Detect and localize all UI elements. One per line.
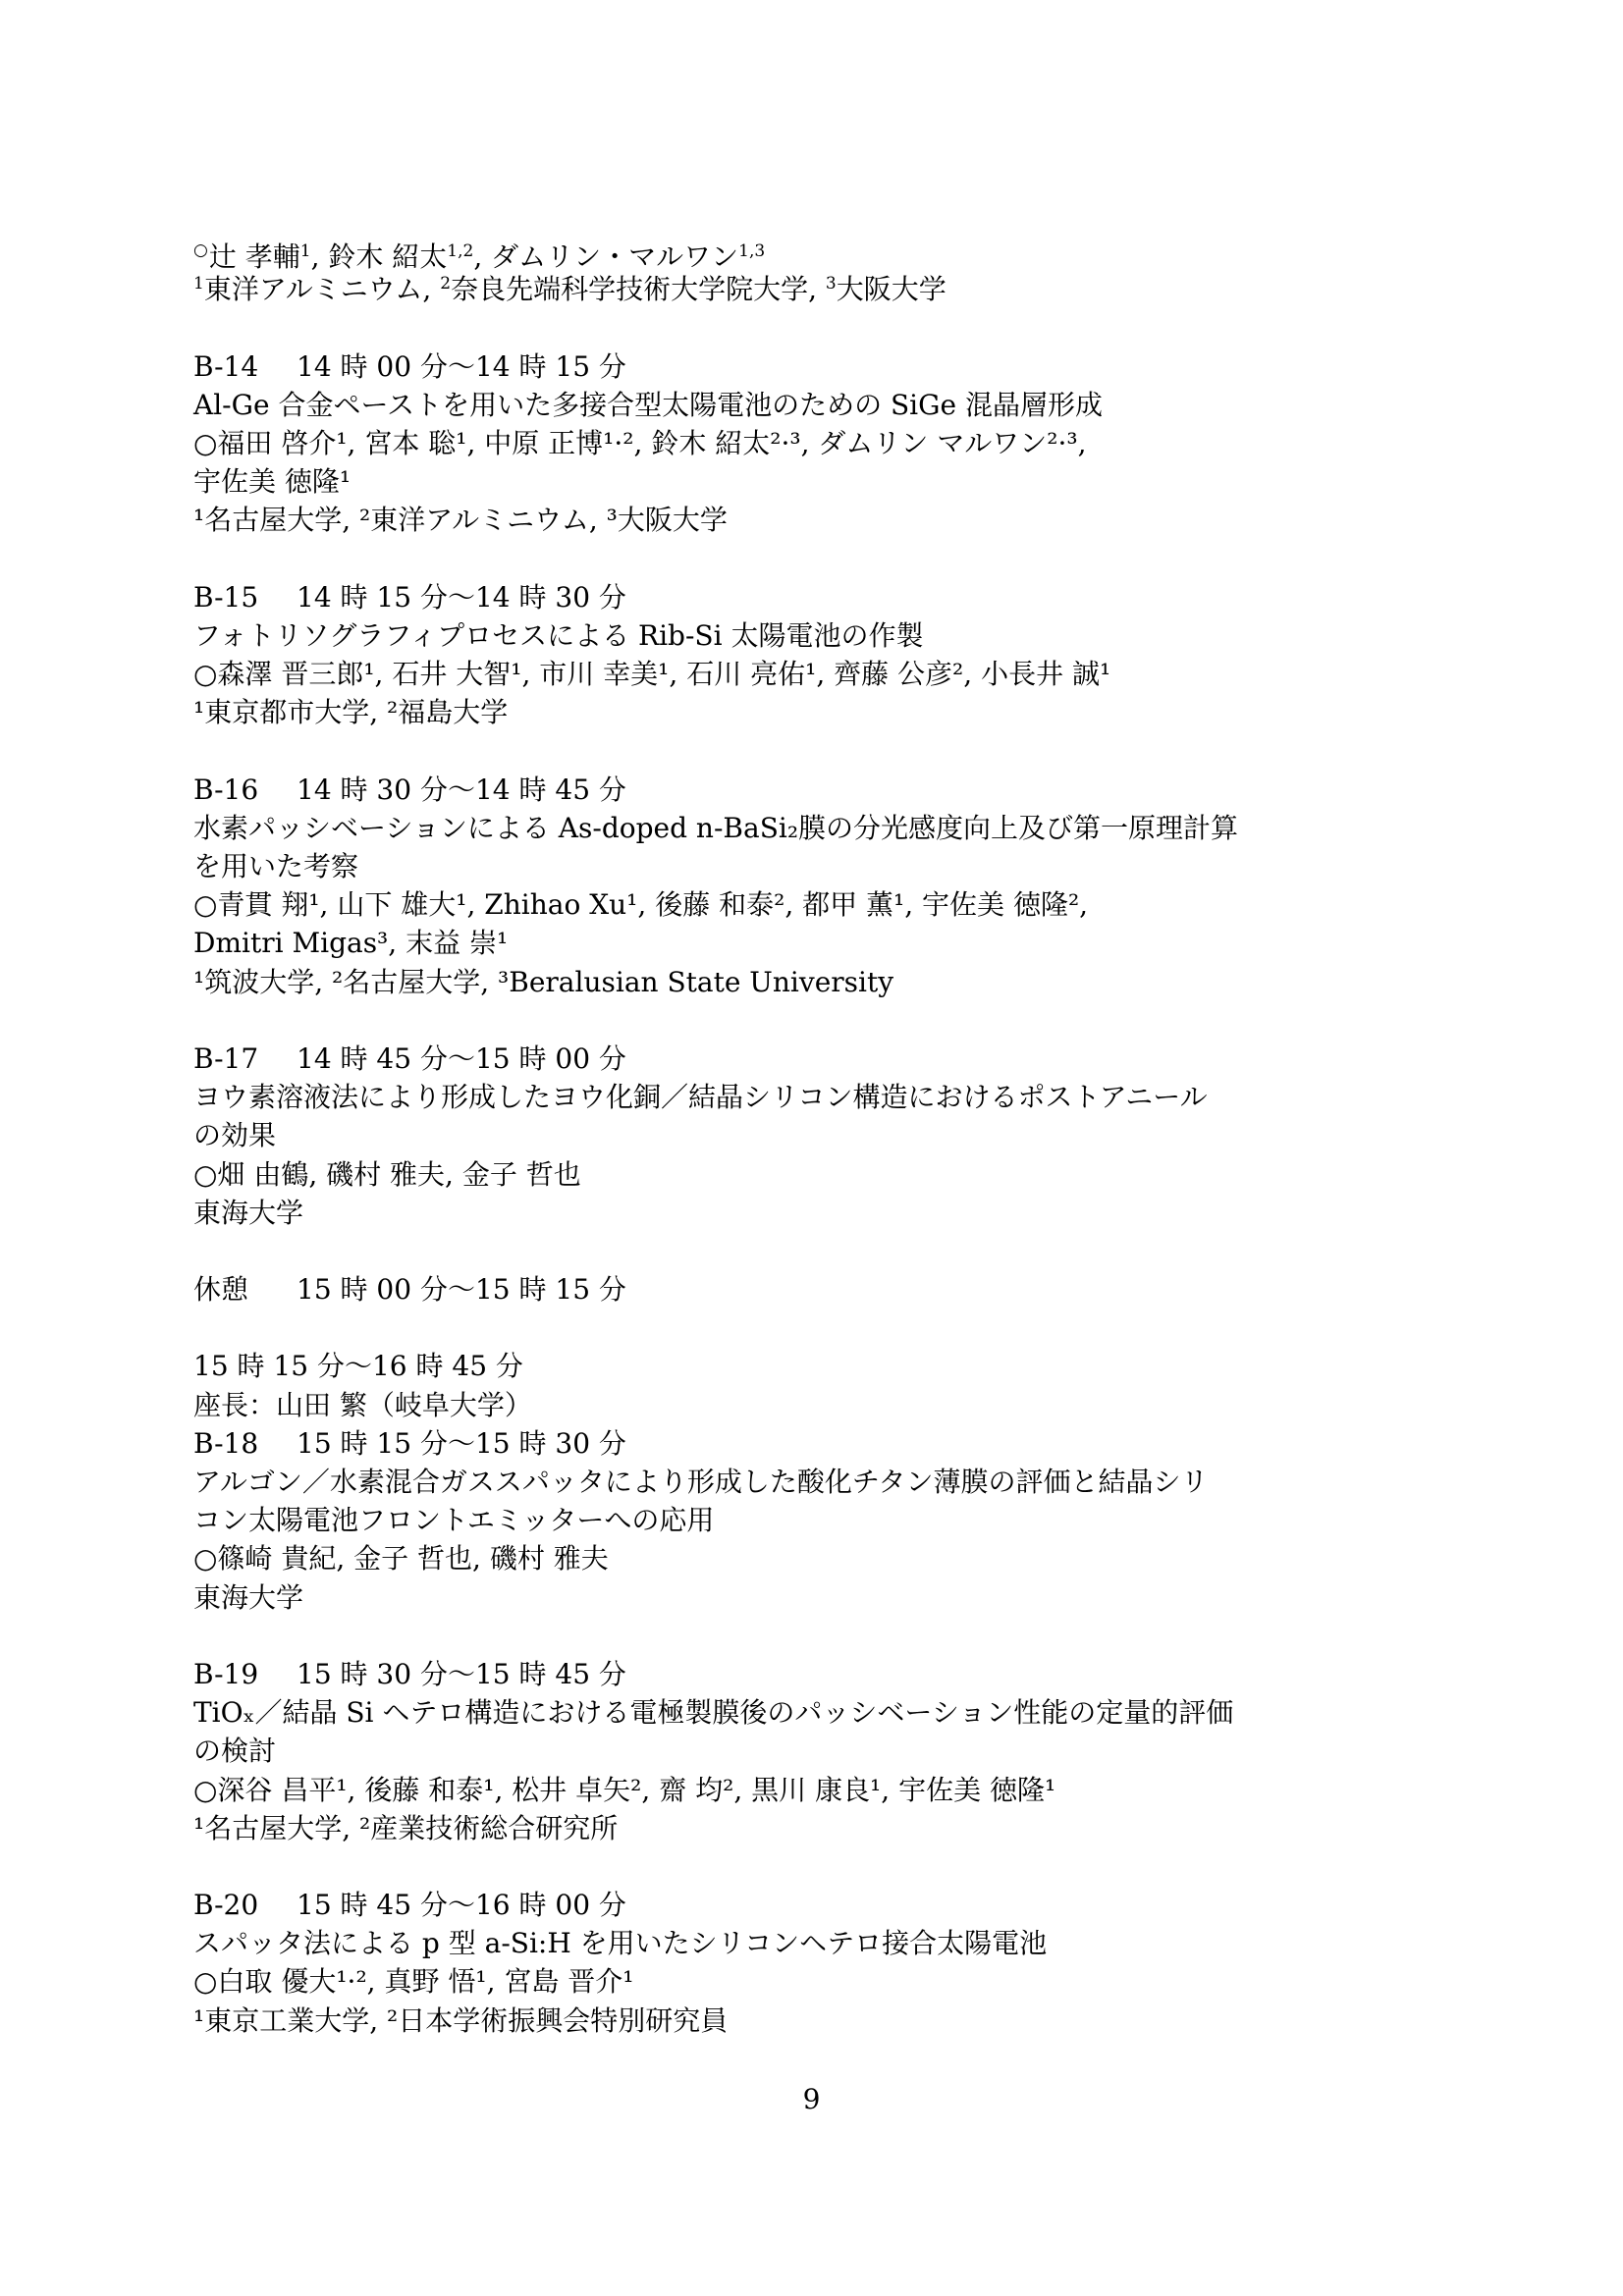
talk-entry: B-1414 時 00 分～14 時 15 分 Al-Ge 合金ペーストを用いた…	[193, 347, 1431, 540]
talk-entry: B-1915 時 30 分～15 時 45 分 TiOₓ／結晶 Si ヘテロ構造…	[193, 1655, 1431, 1847]
page-number: 9	[0, 2083, 1623, 2115]
talk-code: B-14	[193, 347, 297, 386]
talk-entry: B-2015 時 45 分～16 時 00 分 スパッタ法による p 型 a-S…	[193, 1886, 1431, 2040]
talk-title: の効果	[193, 1116, 1431, 1154]
talk-time: 15 時 15 分～15 時 30 分	[297, 1427, 626, 1460]
talk-affiliation: 東海大学	[193, 1194, 1431, 1232]
talk-header: B-1714 時 45 分～15 時 00 分	[193, 1040, 1431, 1078]
talk-code: B-20	[193, 1886, 297, 1924]
talk-affiliation: ¹東京都市大学, ²福島大学	[193, 693, 1431, 731]
spacer	[193, 540, 1431, 578]
break-time: 15 時 00 分～15 時 15 分	[297, 1273, 626, 1306]
talk-code: B-18	[193, 1424, 297, 1463]
spacer	[193, 1001, 1431, 1040]
talk-title: スパッタ法による p 型 a-Si:H を用いたシリコンヘテロ接合太陽電池	[193, 1924, 1431, 1962]
break-label: 休憩	[193, 1270, 297, 1308]
talk-authors: ○畑 由鶴, 磯村 雅夫, 金子 哲也	[193, 1155, 1431, 1194]
spacer	[193, 1308, 1431, 1347]
session-time: 15 時 15 分～16 時 45 分	[193, 1347, 1431, 1385]
talk-affiliation: 東海大学	[193, 1578, 1431, 1617]
talk-authors: ○篠崎 貴紀, 金子 哲也, 磯村 雅夫	[193, 1539, 1431, 1577]
talk-code: B-19	[193, 1655, 297, 1693]
spacer	[193, 308, 1431, 347]
spacer	[193, 731, 1431, 770]
talk-authors: 宇佐美 徳隆¹	[193, 462, 1431, 501]
talk-title: フォトリソグラフィプロセスによる Rib-Si 太陽電池の作製	[193, 616, 1431, 655]
presenter-mark: ○	[193, 240, 208, 260]
talk-affiliation: ¹名古屋大学, ²産業技術総合研究所	[193, 1809, 1431, 1847]
talk-code: B-15	[193, 578, 297, 616]
author-line: ○辻 孝輔1, 鈴木 紹太1,2, ダムリン・マルワン1,3	[193, 232, 1431, 270]
talk-title: TiOₓ／結晶 Si ヘテロ構造における電極製膜後のパッシベーション性能の定量的…	[193, 1693, 1431, 1732]
talk-authors: ○白取 優大¹·², 真野 悟¹, 宮島 晋介¹	[193, 1962, 1431, 2001]
talk-authors: ○深谷 昌平¹, 後藤 和泰¹, 松井 卓矢², 齋 均², 黒川 康良¹, 宇…	[193, 1771, 1431, 1809]
talk-title: アルゴン／水素混合ガススパッタにより形成した酸化チタン薄膜の評価と結晶シリ	[193, 1463, 1431, 1501]
talk-time: 15 時 30 分～15 時 45 分	[297, 1658, 626, 1690]
talk-title: ヨウ素溶液法により形成したヨウ化銅／結晶シリコン構造におけるポストアニール	[193, 1078, 1431, 1116]
session-chair: 座長：山田 繁（岐阜大学）	[193, 1386, 1431, 1424]
document-page: ○辻 孝輔1, 鈴木 紹太1,2, ダムリン・マルワン1,3 1東洋アルミニウム…	[193, 232, 1431, 2040]
talk-header: B-2015 時 45 分～16 時 00 分	[193, 1886, 1431, 1924]
talk-code: B-17	[193, 1040, 297, 1078]
talk-time: 14 時 00 分～14 時 15 分	[297, 350, 626, 383]
talk-title: を用いた考察	[193, 847, 1431, 885]
talk-authors: ○福田 啓介¹, 宮本 聡¹, 中原 正博¹·², 鈴木 紹太²·³, ダムリン…	[193, 424, 1431, 462]
talk-header: B-1815 時 15 分～15 時 30 分	[193, 1424, 1431, 1463]
talk-title: Al-Ge 合金ペーストを用いた多接合型太陽電池のための SiGe 混晶層形成	[193, 386, 1431, 424]
talk-affiliation: ¹名古屋大学, ²東洋アルミニウム, ³大阪大学	[193, 501, 1431, 539]
talk-header: B-1614 時 30 分～14 時 45 分	[193, 771, 1431, 809]
talk-header: B-1514 時 15 分～14 時 30 分	[193, 578, 1431, 616]
talk-entry: B-1714 時 45 分～15 時 00 分 ヨウ素溶液法により形成したヨウ化…	[193, 1040, 1431, 1232]
spacer	[193, 1847, 1431, 1886]
break-line: 休憩15 時 00 分～15 時 15 分	[193, 1270, 1431, 1308]
affiliation-line: 1東洋アルミニウム, 2奈良先端科学技術大学院大学, 3大阪大学	[193, 270, 1431, 308]
talk-entry: B-1614 時 30 分～14 時 45 分 水素パッシベーションによる As…	[193, 771, 1431, 1001]
talk-title: 水素パッシベーションによる As-doped n-BaSi₂膜の分光感度向上及び…	[193, 809, 1431, 847]
talk-time: 14 時 15 分～14 時 30 分	[297, 581, 626, 614]
talk-authors: ○青貫 翔¹, 山下 雄大¹, Zhihao Xu¹, 後藤 和泰², 都甲 薫…	[193, 885, 1431, 924]
talk-authors: ○森澤 晋三郎¹, 石井 大智¹, 市川 幸美¹, 石川 亮佑¹, 齊藤 公彦²…	[193, 655, 1431, 693]
talk-title: の検討	[193, 1732, 1431, 1770]
talk-entry: B-1514 時 15 分～14 時 30 分 フォトリソグラフィプロセスによる…	[193, 578, 1431, 732]
talk-header: B-1915 時 30 分～15 時 45 分	[193, 1655, 1431, 1693]
talk-header: B-1414 時 00 分～14 時 15 分	[193, 347, 1431, 386]
spacer	[193, 1617, 1431, 1655]
talk-time: 14 時 30 分～14 時 45 分	[297, 774, 626, 806]
talk-affiliation: ¹東京工業大学, ²日本学術振興会特別研究員	[193, 2002, 1431, 2040]
talk-time: 14 時 45 分～15 時 00 分	[297, 1042, 626, 1075]
spacer	[193, 1232, 1431, 1270]
talk-code: B-16	[193, 771, 297, 809]
talk-time: 15 時 45 分～16 時 00 分	[297, 1889, 626, 1921]
talk-entry: B-1815 時 15 分～15 時 30 分 アルゴン／水素混合ガススパッタに…	[193, 1424, 1431, 1617]
talk-title: コン太陽電池フロントエミッターへの応用	[193, 1501, 1431, 1539]
talk-affiliation: ¹筑波大学, ²名古屋大学, ³Beralusian State Univers…	[193, 963, 1431, 1001]
talk-authors: Dmitri Migas³, 末益 崇¹	[193, 924, 1431, 962]
